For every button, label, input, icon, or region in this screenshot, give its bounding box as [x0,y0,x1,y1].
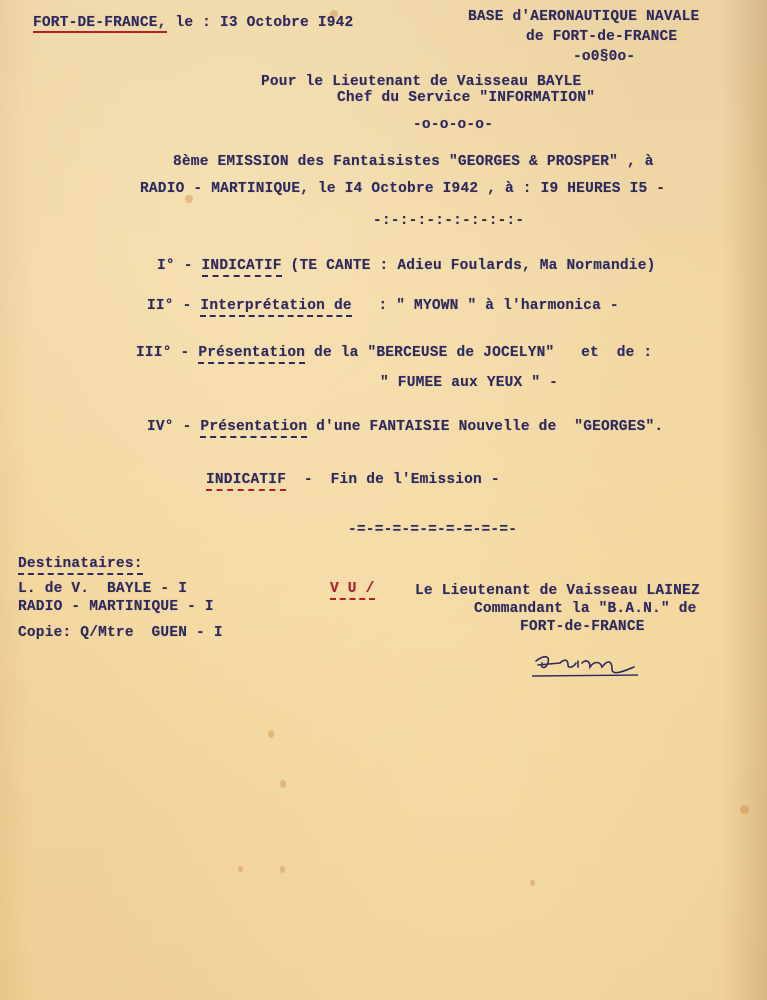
stain [280,780,286,788]
stain [268,730,274,738]
closing-heading: INDICATIF [206,472,286,491]
recipient-separator: -o-o-o-o- [413,116,493,134]
org-line-3: -o0§0o- [573,48,635,66]
stain [280,866,285,873]
distribution-line-2: RADIO - MARTINIQUE - I [18,598,214,616]
stain [238,866,243,872]
item-number: IV° - [147,419,192,435]
approval-line-3: FORT-de-FRANCE [520,618,645,636]
place: FORT-DE-FRANCE, [33,15,167,33]
closing-line: INDICATIF - Fin de l'Emission - [206,471,500,489]
closing-text: - Fin de l'Emission - [286,472,500,488]
copy-line: Copie: Q/Mtre GUEN - I [18,624,223,642]
item-heading: INDICATIF [202,258,282,277]
approval-line-1: Le Lieutenant de Vaisseau LAINEZ [415,582,700,600]
place-date-line: FORT-DE-FRANCE, le : I3 Octobre I942 [33,14,353,32]
item-heading: Présentation [198,345,305,364]
item-text: d'une FANTAISIE Nouvelle de "GEORGES". [307,419,663,435]
item-heading: Présentation [200,419,307,438]
item-text: (TE CANTE : Adieu Foulards, Ma Normandie… [282,258,656,274]
org-line-1: BASE d'AERONAUTIQUE NAVALE [468,8,699,26]
item-number: I° - [157,258,193,274]
vu-mark: V U / [330,580,375,598]
item-number: II° - [147,298,192,314]
item-text: de la "BERCEUSE de JOCELYN" et de : [305,345,652,361]
distribution-line-1: L. de V. BAYLE - I [18,580,187,598]
program-item-2: II° - Interprétation de : " MYOWN " à l'… [147,297,619,315]
item-heading: Interprétation de [200,298,351,317]
program-separator: -=-=-=-=-=-=-=-=-=- [348,521,517,539]
vu-text: V U / [330,581,375,600]
stain [740,805,749,814]
recipient-line-2: Chef du Service "INFORMATION" [337,89,595,107]
date: le : I3 Octobre I942 [167,15,354,31]
title-separator: -:-:-:-:-:-:-:-:- [373,212,524,230]
stain [530,880,535,886]
program-item-4: IV° - Présentation d'une FANTAISIE Nouve… [147,418,663,436]
distribution-title-text: Destinataires: [18,556,143,575]
program-item-3: III° - Présentation de la "BERCEUSE de J… [136,344,652,362]
org-line-2: de FORT-de-FRANCE [526,28,677,46]
title-line-2: RADIO - MARTINIQUE, le I4 Octobre I942 ,… [140,180,665,198]
title-line-1: 8ème EMISSION des Fantaisistes "GEORGES … [173,153,654,171]
distribution-title: Destinataires: [18,555,143,573]
signature-icon [530,645,645,680]
item-number: III° - [136,345,189,361]
approval-line-2: Commandant la "B.A.N." de [474,600,697,618]
program-item-3-cont: " FUMEE aux YEUX " - [380,374,558,392]
paper-background [0,0,767,1000]
program-item-1: I° - INDICATIF (TE CANTE : Adieu Foulard… [157,257,656,275]
item-text: : " MYOWN " à l'harmonica - [352,298,619,314]
